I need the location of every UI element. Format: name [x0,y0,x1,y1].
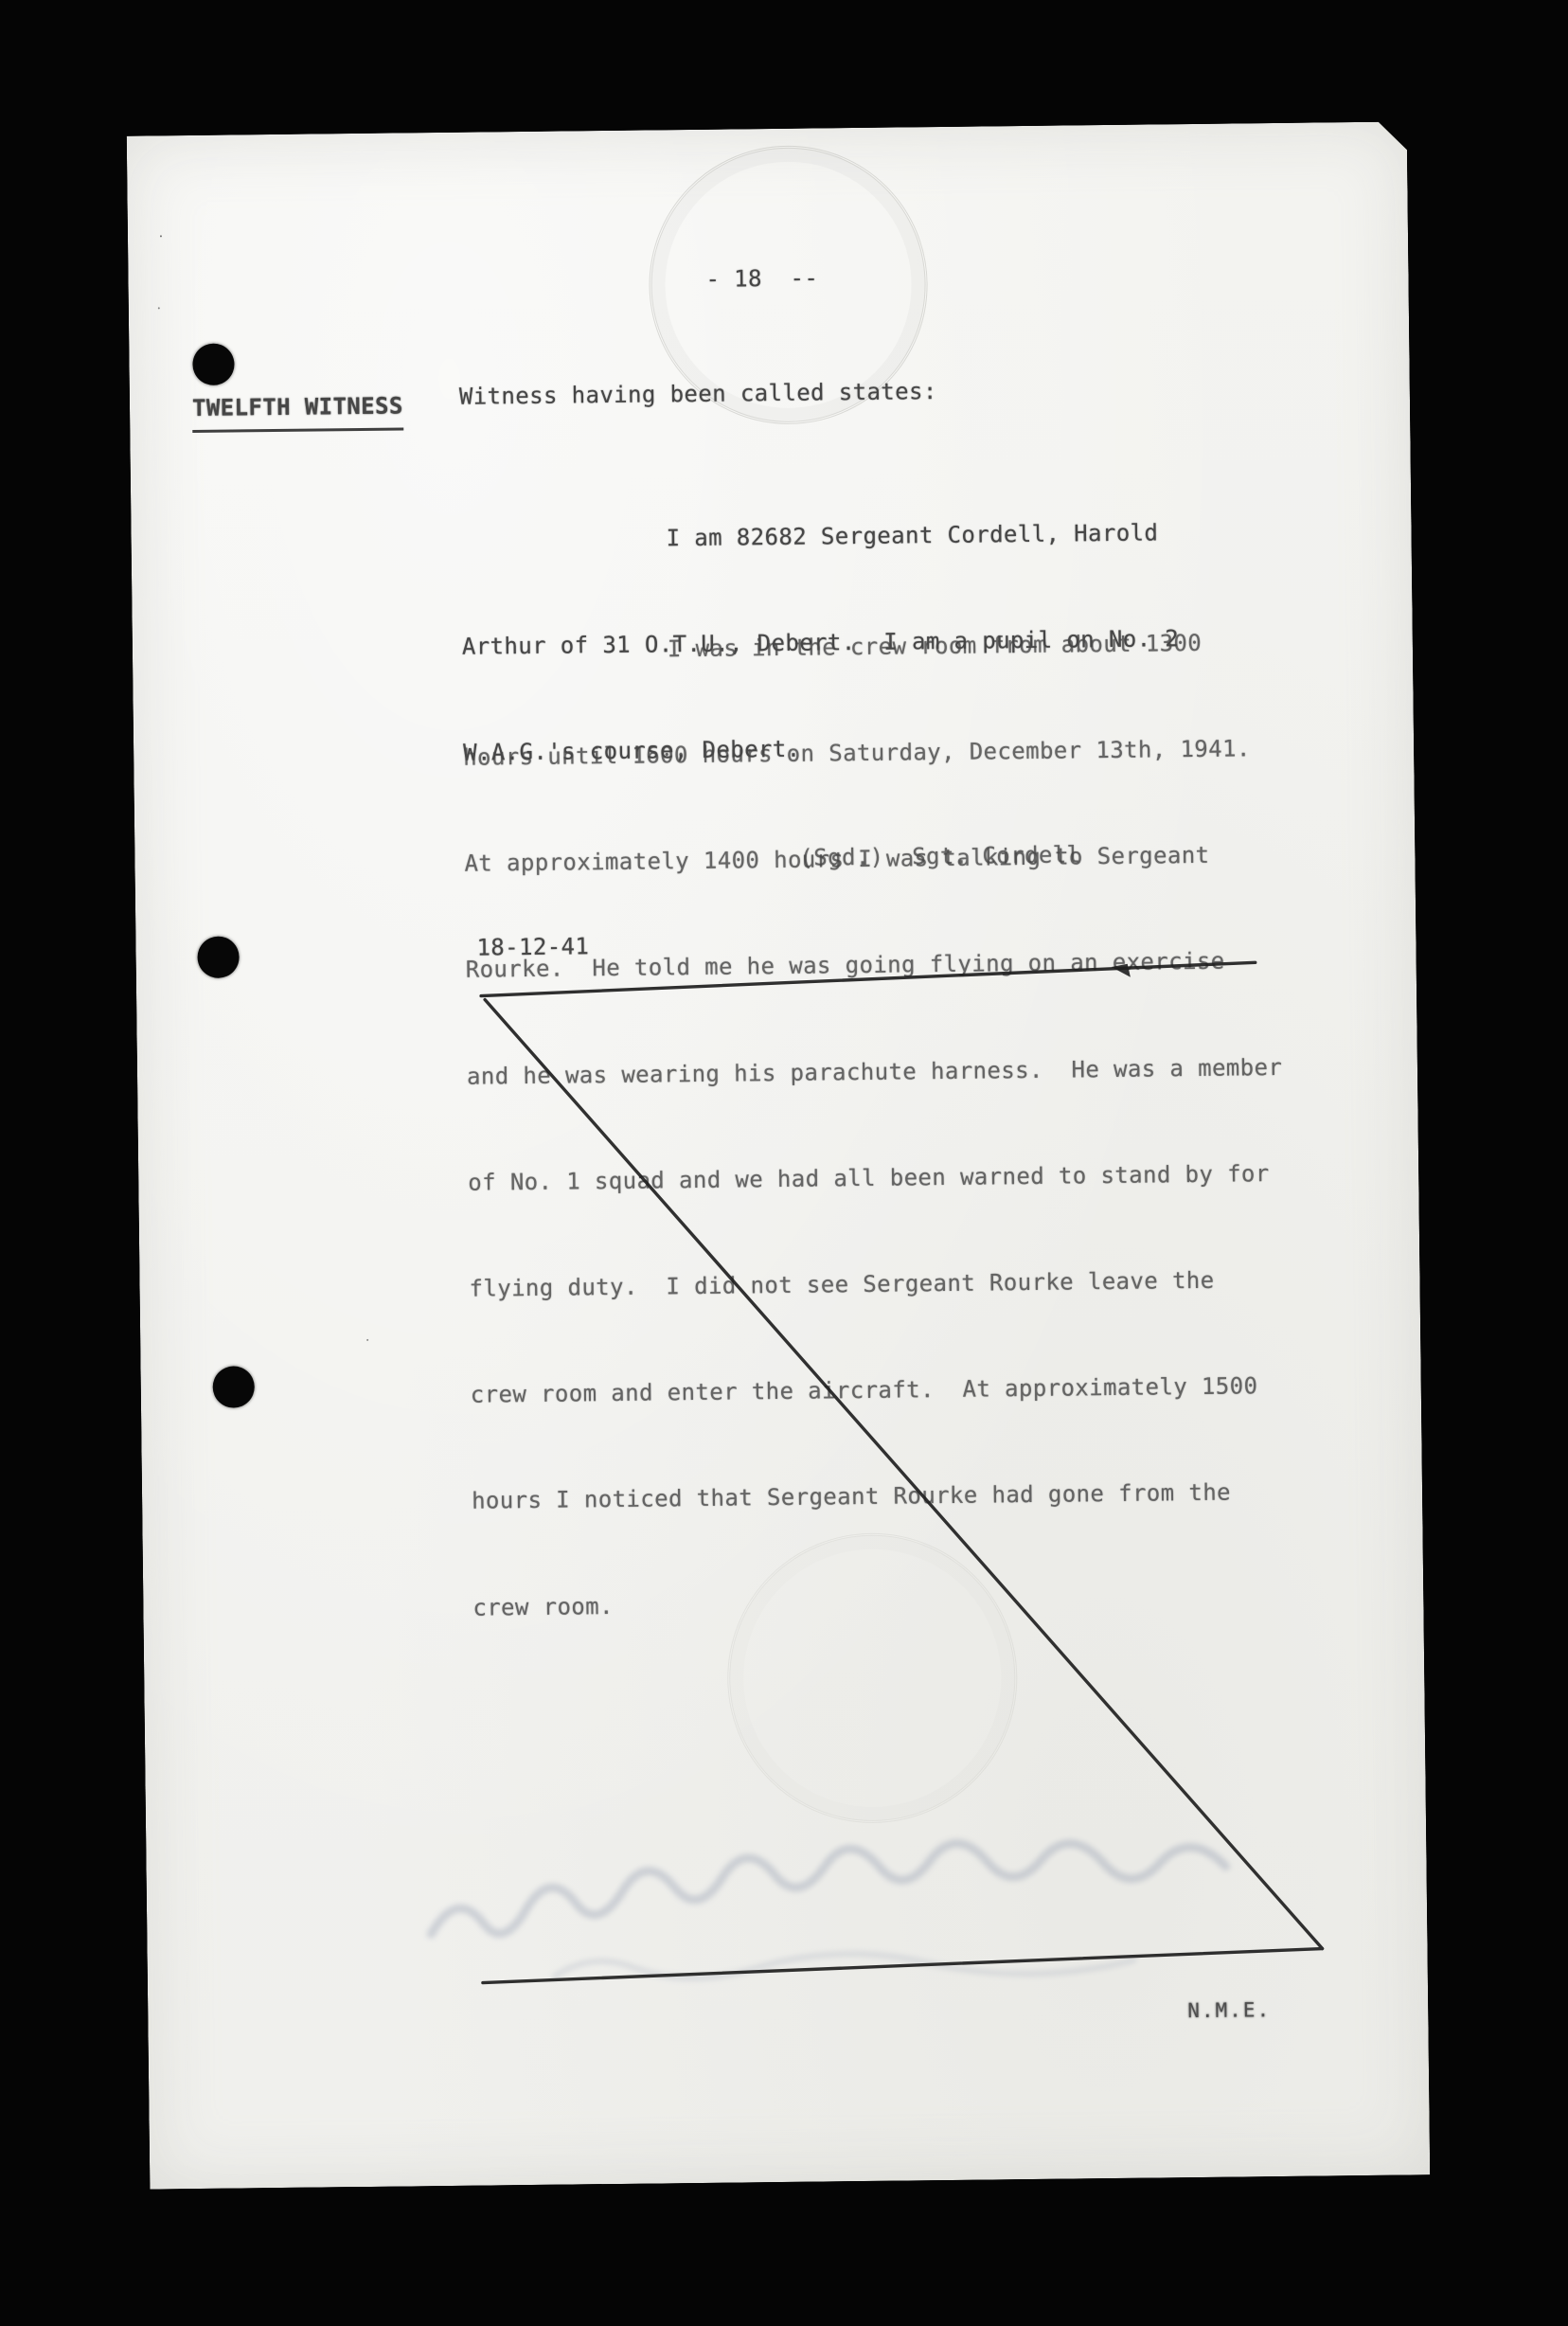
strikeout-overlay [127,121,1431,2189]
strikeout-pen-blob [1112,964,1131,977]
strikeout-diagonal-line [485,991,1322,1959]
scanned-page-background: { "document": { "page_number": "- 18 --"… [0,0,1568,2326]
paper-sheet: - 18 -- TWELFTH WITNESS Witness having b… [127,121,1431,2189]
watermark-script [430,1840,1227,1981]
strikeout-bottom-line [483,1949,1323,1983]
strikeout-top-line [481,962,1256,995]
